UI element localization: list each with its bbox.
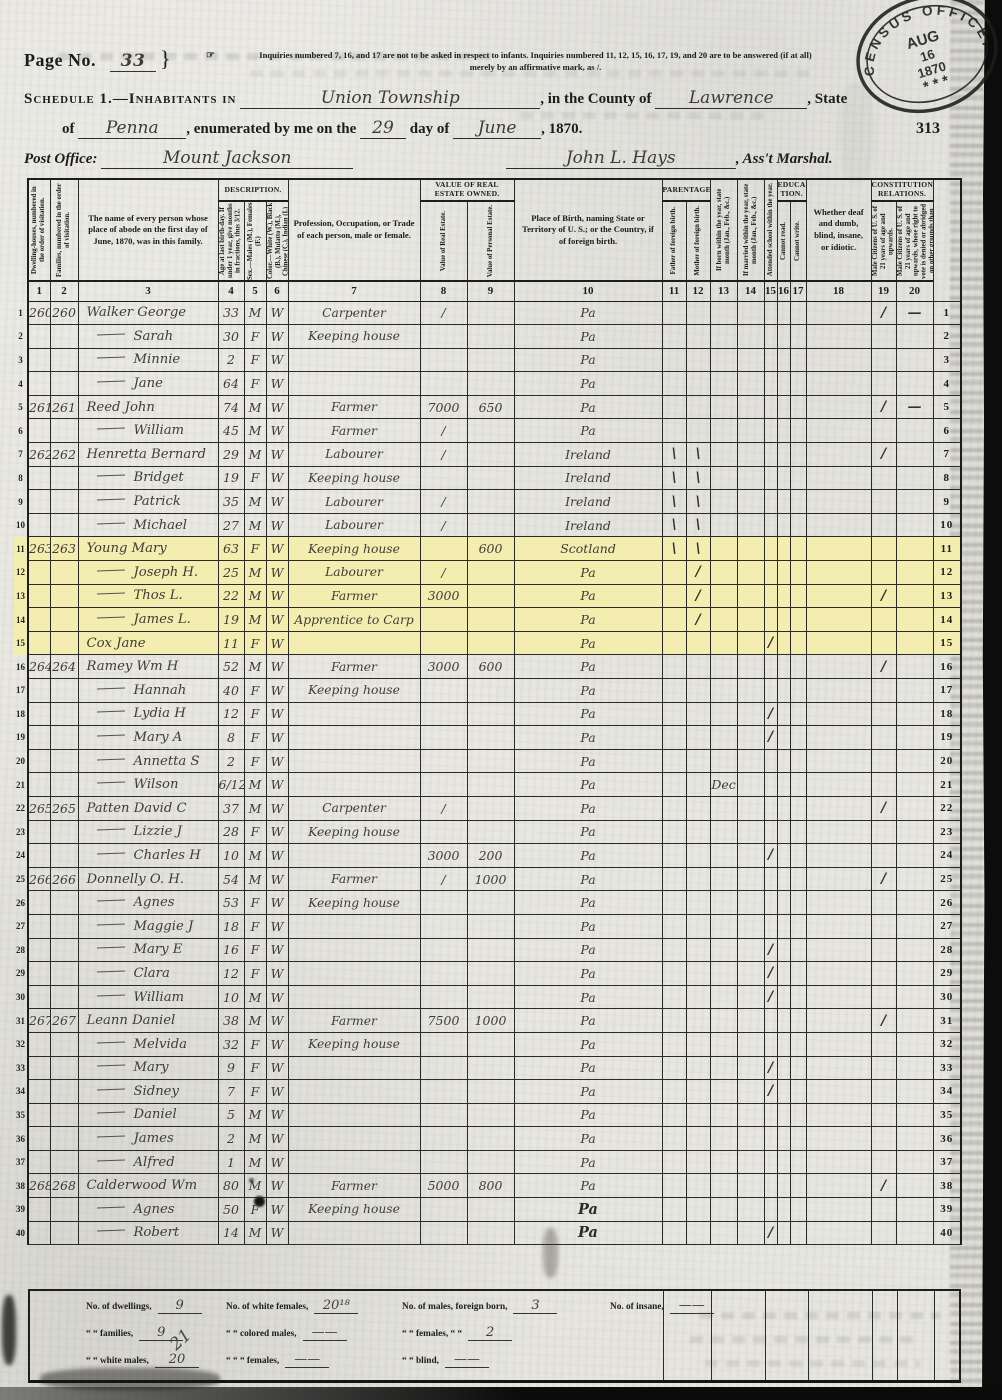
cell-vote-denied-mark	[896, 490, 933, 514]
cell-born-month	[710, 1032, 737, 1056]
table-row: 11 263 263 Young Mary 63 F W Keeping hou…	[14, 537, 961, 561]
cell-occupation	[288, 914, 420, 938]
ditto-dash	[96, 617, 124, 619]
cell-cannot-read-mark	[777, 395, 790, 419]
cell-born-month	[710, 1056, 737, 1080]
cell-family-number	[50, 726, 78, 750]
right-row-number: 22	[933, 796, 961, 820]
right-row-number: 21	[933, 773, 961, 797]
cell-married-month	[737, 561, 764, 585]
cell-color: W	[266, 348, 288, 372]
column-header-father-foreign: Father of foreign birth.	[670, 207, 678, 274]
cell-father-foreign-mark	[662, 348, 686, 372]
footer-stat: No. of insane,——	[610, 1298, 714, 1325]
left-margin-row-number: 18	[14, 702, 28, 726]
table-row: 36 James 2 M W Pa 36	[14, 1127, 961, 1151]
table-row: 40 Robert 14 M W Pa / 40	[14, 1221, 961, 1245]
cell-dwelling-number	[28, 820, 50, 844]
cell-cannot-read-mark	[777, 1032, 790, 1056]
cell-cannot-read-mark	[777, 301, 790, 325]
person-name: Alfred	[134, 1155, 175, 1170]
cell-father-foreign-mark: \	[662, 537, 686, 561]
cell-age: 40	[218, 679, 244, 703]
brace-glyph: }	[160, 46, 171, 71]
cell-father-foreign-mark: \	[662, 513, 686, 537]
cell-occupation	[288, 726, 420, 750]
right-row-number: 34	[933, 1080, 961, 1104]
cell-birthplace: Pa	[514, 891, 662, 915]
cell-personal-estate-value	[467, 348, 514, 372]
column-number: 20	[896, 281, 933, 301]
cell-occupation: Farmer	[288, 419, 420, 443]
cell-attended-school-mark	[764, 301, 777, 325]
cell-father-foreign-mark	[662, 1127, 686, 1151]
person-name: Mary	[134, 1060, 169, 1075]
cell-male-citizen-mark: /	[871, 443, 896, 467]
cell-vote-denied-mark	[896, 820, 933, 844]
cell-occupation	[288, 773, 420, 797]
column-header-male-citizens: Male Citizens of U. S. of 21 years of ag…	[872, 202, 895, 280]
cell-attended-school-mark: /	[764, 726, 777, 750]
cell-cannot-read-mark	[777, 679, 790, 703]
cell-color: W	[266, 325, 288, 349]
person-name: Walker George	[87, 305, 187, 320]
cell-name: Agnes	[78, 1198, 218, 1222]
cell-occupation	[288, 372, 420, 396]
cell-dwelling-number	[28, 844, 50, 868]
cell-real-estate-value: 3000	[420, 655, 467, 679]
cell-color: W	[266, 679, 288, 703]
table-row: 3 Minnie 2 F W Pa 3	[14, 348, 961, 372]
cell-deaf-dumb	[806, 1103, 871, 1127]
cell-deaf-dumb	[806, 1056, 871, 1080]
left-margin-row-number: 32	[14, 1032, 28, 1056]
cell-cannot-write-mark	[790, 608, 806, 632]
cell-born-month	[710, 749, 737, 773]
enumerated-label: , enumerated by me on the	[186, 121, 356, 137]
county-field: Lawrence	[655, 90, 807, 109]
cell-attended-school-mark	[764, 1127, 777, 1151]
cell-vote-denied-mark	[896, 938, 933, 962]
cell-personal-estate-value	[467, 891, 514, 915]
cell-occupation: Farmer	[288, 1009, 420, 1033]
right-row-number: 6	[933, 419, 961, 443]
cell-cannot-write-mark	[790, 655, 806, 679]
cell-vote-denied-mark	[896, 419, 933, 443]
ditto-dash	[96, 734, 124, 736]
cell-deaf-dumb	[806, 490, 871, 514]
cell-birthplace: Pa	[514, 679, 662, 703]
cell-age: 63	[218, 537, 244, 561]
cell-personal-estate-value	[467, 1103, 514, 1127]
cell-vote-denied-mark	[896, 1056, 933, 1080]
cell-married-month	[737, 891, 764, 915]
cell-mother-foreign-mark	[686, 325, 710, 349]
cell-family-number	[50, 1056, 78, 1080]
right-row-number: 5	[933, 395, 961, 419]
cell-cannot-write-mark	[790, 962, 806, 986]
cell-personal-estate-value	[467, 561, 514, 585]
person-name: Clara	[134, 966, 170, 981]
cell-birthplace: Pa	[514, 1174, 662, 1198]
cell-dwelling-number	[28, 490, 50, 514]
cell-mother-foreign-mark	[686, 914, 710, 938]
column-header-mother-foreign: Mother of foreign birth.	[694, 206, 702, 276]
instruction-line-2: merely by an affirmative mark, as /.	[470, 62, 602, 72]
cell-deaf-dumb	[806, 702, 871, 726]
cell-married-month	[737, 1150, 764, 1174]
left-margin-row-number: 30	[14, 985, 28, 1009]
left-margin-row-number: 17	[14, 679, 28, 703]
left-margin-row-number: 4	[14, 372, 28, 396]
cell-cannot-read-mark	[777, 513, 790, 537]
cell-occupation: Farmer	[288, 1174, 420, 1198]
cell-color: W	[266, 372, 288, 396]
cell-deaf-dumb	[806, 419, 871, 443]
cell-father-foreign-mark: \	[662, 443, 686, 467]
cell-married-month	[737, 1127, 764, 1151]
cell-real-estate-value	[420, 1127, 467, 1151]
cell-personal-estate-value	[467, 679, 514, 703]
totals-group-females: No. of white females,20¹⁸“ “ colored mal…	[226, 1298, 358, 1379]
cell-dwelling-number	[28, 631, 50, 655]
cell-deaf-dumb	[806, 348, 871, 372]
cell-sex: F	[244, 726, 266, 750]
cell-color: W	[266, 443, 288, 467]
cell-age: 74	[218, 395, 244, 419]
cell-attended-school-mark	[764, 348, 777, 372]
cell-married-month	[737, 985, 764, 1009]
cell-married-month	[737, 372, 764, 396]
cell-sex: F	[244, 820, 266, 844]
cell-mother-foreign-mark	[686, 726, 710, 750]
cell-sex: M	[244, 867, 266, 891]
person-name: Young Mary	[87, 541, 167, 556]
cell-birthplace: Pa	[514, 325, 662, 349]
left-margin-row-number: 26	[14, 891, 28, 915]
cell-dwelling-number	[28, 773, 50, 797]
table-body: 1 260 260 Walker George 33 M W Carpenter…	[14, 301, 961, 1245]
cell-real-estate-value: 7000	[420, 395, 467, 419]
cell-cannot-write-mark	[790, 773, 806, 797]
cell-age: 11	[218, 631, 244, 655]
cell-age: 5	[218, 1103, 244, 1127]
footer-stat-value: ——	[285, 1352, 329, 1368]
cell-attended-school-mark	[764, 914, 777, 938]
cell-dwelling-number: 265	[28, 796, 50, 820]
cell-vote-denied-mark	[896, 443, 933, 467]
cell-cannot-write-mark	[790, 395, 806, 419]
cell-mother-foreign-mark	[686, 1174, 710, 1198]
right-row-number: 31	[933, 1009, 961, 1033]
ditto-dash	[96, 1088, 124, 1090]
ditto-dash	[96, 1159, 124, 1161]
cell-mother-foreign-mark	[686, 773, 710, 797]
right-row-number: 24	[933, 844, 961, 868]
cell-dwelling-number	[28, 749, 50, 773]
cell-age: 64	[218, 372, 244, 396]
person-name: Lizzie J	[134, 824, 182, 839]
person-name: Wilson	[134, 777, 179, 792]
cell-father-foreign-mark	[662, 867, 686, 891]
cell-vote-denied-mark	[896, 679, 933, 703]
cell-mother-foreign-mark	[686, 372, 710, 396]
cell-deaf-dumb	[806, 513, 871, 537]
cell-mother-foreign-mark	[686, 395, 710, 419]
cell-personal-estate-value	[467, 1198, 514, 1222]
cell-deaf-dumb	[806, 726, 871, 750]
left-margin-row-number: 8	[14, 466, 28, 490]
table-row: 2 Sarah 30 F W Keeping house Pa 2	[14, 325, 961, 349]
cell-sex: M	[244, 513, 266, 537]
cell-personal-estate-value	[467, 1032, 514, 1056]
cell-family-number: 260	[50, 301, 78, 325]
right-row-number: 38	[933, 1174, 961, 1198]
cell-cannot-read-mark	[777, 962, 790, 986]
cell-married-month	[737, 702, 764, 726]
column-number: 6	[266, 281, 288, 301]
cell-birthplace: Pa	[514, 1127, 662, 1151]
group-header-description: Description.	[218, 179, 288, 201]
cell-vote-denied-mark	[896, 513, 933, 537]
cell-deaf-dumb	[806, 1080, 871, 1104]
bleed-through-text	[520, 112, 770, 119]
cell-occupation	[288, 1103, 420, 1127]
left-margin-row-number: 6	[14, 419, 28, 443]
cell-vote-denied-mark	[896, 372, 933, 396]
cell-cannot-read-mark	[777, 325, 790, 349]
cell-married-month	[737, 844, 764, 868]
cell-family-number: 266	[50, 867, 78, 891]
cell-vote-denied-mark	[896, 985, 933, 1009]
cell-name: Clara	[78, 962, 218, 986]
table-row: 18 Lydia H 12 F W Pa / 18	[14, 702, 961, 726]
cell-deaf-dumb	[806, 1150, 871, 1174]
cell-cannot-write-mark	[790, 1174, 806, 1198]
right-row-number: 10	[933, 513, 961, 537]
cell-age: 19	[218, 608, 244, 632]
cell-attended-school-mark	[764, 796, 777, 820]
cell-male-citizen-mark	[871, 1080, 896, 1104]
cell-cannot-write-mark	[790, 490, 806, 514]
left-margin-row-number: 9	[14, 490, 28, 514]
table-row: 7 262 262 Henretta Bernard 29 M W Labour…	[14, 443, 961, 467]
cell-father-foreign-mark	[662, 891, 686, 915]
cell-attended-school-mark	[764, 608, 777, 632]
ditto-dash	[96, 333, 124, 335]
footer-stat-label: “ “ colored males,	[226, 1329, 297, 1339]
cell-family-number	[50, 1150, 78, 1174]
cell-name: Agnes	[78, 891, 218, 915]
cell-deaf-dumb	[806, 773, 871, 797]
cell-vote-denied-mark	[896, 702, 933, 726]
cell-real-estate-value	[420, 1032, 467, 1056]
cell-age: 52	[218, 655, 244, 679]
cell-cannot-write-mark	[790, 1032, 806, 1056]
cell-personal-estate-value	[467, 443, 514, 467]
cell-vote-denied-mark	[896, 631, 933, 655]
cell-mother-foreign-mark	[686, 631, 710, 655]
cell-cannot-read-mark	[777, 702, 790, 726]
table-row: 8 Bridget 19 F W Keeping house Ireland \…	[14, 466, 961, 490]
right-row-number: 32	[933, 1032, 961, 1056]
cell-birthplace: Ireland	[514, 490, 662, 514]
person-name: Sidney	[134, 1084, 179, 1099]
cell-real-estate-value	[420, 726, 467, 750]
cell-deaf-dumb	[806, 867, 871, 891]
cell-color: W	[266, 962, 288, 986]
cell-age: 7	[218, 1080, 244, 1104]
left-margin-row-number: 15	[14, 631, 28, 655]
cell-dwelling-number: 267	[28, 1009, 50, 1033]
cell-father-foreign-mark	[662, 938, 686, 962]
cell-real-estate-value	[420, 466, 467, 490]
right-row-number: 33	[933, 1056, 961, 1080]
cell-name: Ramey Wm H	[78, 655, 218, 679]
cell-name: William	[78, 985, 218, 1009]
cell-mother-foreign-mark	[686, 985, 710, 1009]
cell-color: W	[266, 1221, 288, 1245]
right-row-number: 30	[933, 985, 961, 1009]
cell-cannot-write-mark	[790, 443, 806, 467]
cell-cannot-write-mark	[790, 1009, 806, 1033]
cell-cannot-write-mark	[790, 1103, 806, 1127]
ditto-dash	[96, 1206, 124, 1208]
left-margin-row-number: 22	[14, 796, 28, 820]
cell-cannot-read-mark	[777, 584, 790, 608]
cell-father-foreign-mark	[662, 561, 686, 585]
cell-name: Cox Jane	[78, 631, 218, 655]
column-number: 17	[790, 281, 806, 301]
cell-dwelling-number	[28, 466, 50, 490]
cell-personal-estate-value	[467, 1150, 514, 1174]
cell-cannot-read-mark	[777, 537, 790, 561]
column-number: 10	[514, 281, 662, 301]
cell-personal-estate-value	[467, 584, 514, 608]
cell-born-month	[710, 325, 737, 349]
cell-cannot-write-mark	[790, 372, 806, 396]
cell-deaf-dumb	[806, 325, 871, 349]
cell-name: Alfred	[78, 1150, 218, 1174]
cell-mother-foreign-mark: /	[686, 584, 710, 608]
schedule-line-1: Schedule 1.—Inhabitants in Union Townshi…	[24, 90, 974, 109]
cell-personal-estate-value	[467, 796, 514, 820]
column-number: 11	[662, 281, 686, 301]
cell-family-number	[50, 1103, 78, 1127]
person-name: Bridget	[134, 470, 184, 485]
table-row: 27 Maggie J 18 F W Pa 27	[14, 914, 961, 938]
column-header-name: The name of every person whose place of …	[78, 179, 218, 281]
footer-stat: “ “ colored males,——	[226, 1325, 358, 1352]
cell-married-month	[737, 513, 764, 537]
cell-age: 2	[218, 749, 244, 773]
right-row-number: 28	[933, 938, 961, 962]
cell-vote-denied-mark	[896, 1174, 933, 1198]
ditto-dash	[96, 970, 124, 972]
cell-birthplace: Pa	[514, 796, 662, 820]
cell-cannot-read-mark	[777, 655, 790, 679]
cell-personal-estate-value	[467, 914, 514, 938]
cell-born-month	[710, 796, 737, 820]
cell-married-month	[737, 749, 764, 773]
cell-born-month	[710, 820, 737, 844]
cell-vote-denied-mark: —	[896, 395, 933, 419]
cell-born-month	[710, 466, 737, 490]
cell-male-citizen-mark	[871, 938, 896, 962]
ditto-dash	[96, 852, 124, 854]
cell-dwelling-number: 268	[28, 1174, 50, 1198]
cell-cannot-read-mark	[777, 773, 790, 797]
ditto-dash	[96, 1112, 124, 1114]
cell-married-month	[737, 1032, 764, 1056]
column-number: 13	[710, 281, 737, 301]
cell-born-month	[710, 1009, 737, 1033]
cell-male-citizen-mark: /	[871, 584, 896, 608]
cell-vote-denied-mark	[896, 867, 933, 891]
cell-deaf-dumb	[806, 584, 871, 608]
column-header-attended-school: Attended school within the year.	[767, 183, 775, 276]
cell-color: W	[266, 561, 288, 585]
cell-occupation: Carpenter	[288, 796, 420, 820]
cell-family-number	[50, 773, 78, 797]
cell-male-citizen-mark: /	[871, 867, 896, 891]
cell-deaf-dumb	[806, 608, 871, 632]
cell-occupation: Farmer	[288, 395, 420, 419]
cell-father-foreign-mark	[662, 1080, 686, 1104]
cell-occupation: Keeping house	[288, 891, 420, 915]
cell-born-month	[710, 490, 737, 514]
ditto-dash	[96, 829, 124, 831]
footer-stat-value: 3	[513, 1298, 557, 1314]
cell-occupation: Keeping house	[288, 1198, 420, 1222]
cell-married-month	[737, 443, 764, 467]
cell-real-estate-value	[420, 702, 467, 726]
cell-name: James	[78, 1127, 218, 1151]
cell-sex: F	[244, 914, 266, 938]
person-name: Henretta Bernard	[87, 447, 206, 462]
cell-male-citizen-mark	[871, 891, 896, 915]
right-row-number: 26	[933, 891, 961, 915]
cell-vote-denied-mark	[896, 1080, 933, 1104]
right-row-number: 36	[933, 1127, 961, 1151]
cell-mother-foreign-mark: \	[686, 466, 710, 490]
cell-sex: F	[244, 348, 266, 372]
form-instructions: ☞ Inquiries numbered 7, 16, and 17 are n…	[206, 49, 856, 74]
cell-family-number	[50, 513, 78, 537]
cell-married-month	[737, 631, 764, 655]
cell-occupation: Keeping house	[288, 679, 420, 703]
cell-personal-estate-value	[467, 938, 514, 962]
cell-sex: F	[244, 372, 266, 396]
cell-father-foreign-mark	[662, 395, 686, 419]
cell-male-citizen-mark	[871, 1150, 896, 1174]
cell-sex: M	[244, 1009, 266, 1033]
cell-real-estate-value	[420, 372, 467, 396]
cell-family-number	[50, 749, 78, 773]
cell-deaf-dumb	[806, 372, 871, 396]
cell-age: 45	[218, 419, 244, 443]
ditto-dash	[96, 357, 124, 359]
day-field: 29	[360, 120, 406, 139]
cell-mother-foreign-mark: \	[686, 490, 710, 514]
cell-personal-estate-value	[467, 962, 514, 986]
cell-male-citizen-mark	[871, 561, 896, 585]
cell-occupation	[288, 749, 420, 773]
township-field: Union Township	[240, 90, 540, 109]
cell-sex: F	[244, 702, 266, 726]
cell-age: 2	[218, 1127, 244, 1151]
person-name: Jane	[134, 376, 163, 391]
